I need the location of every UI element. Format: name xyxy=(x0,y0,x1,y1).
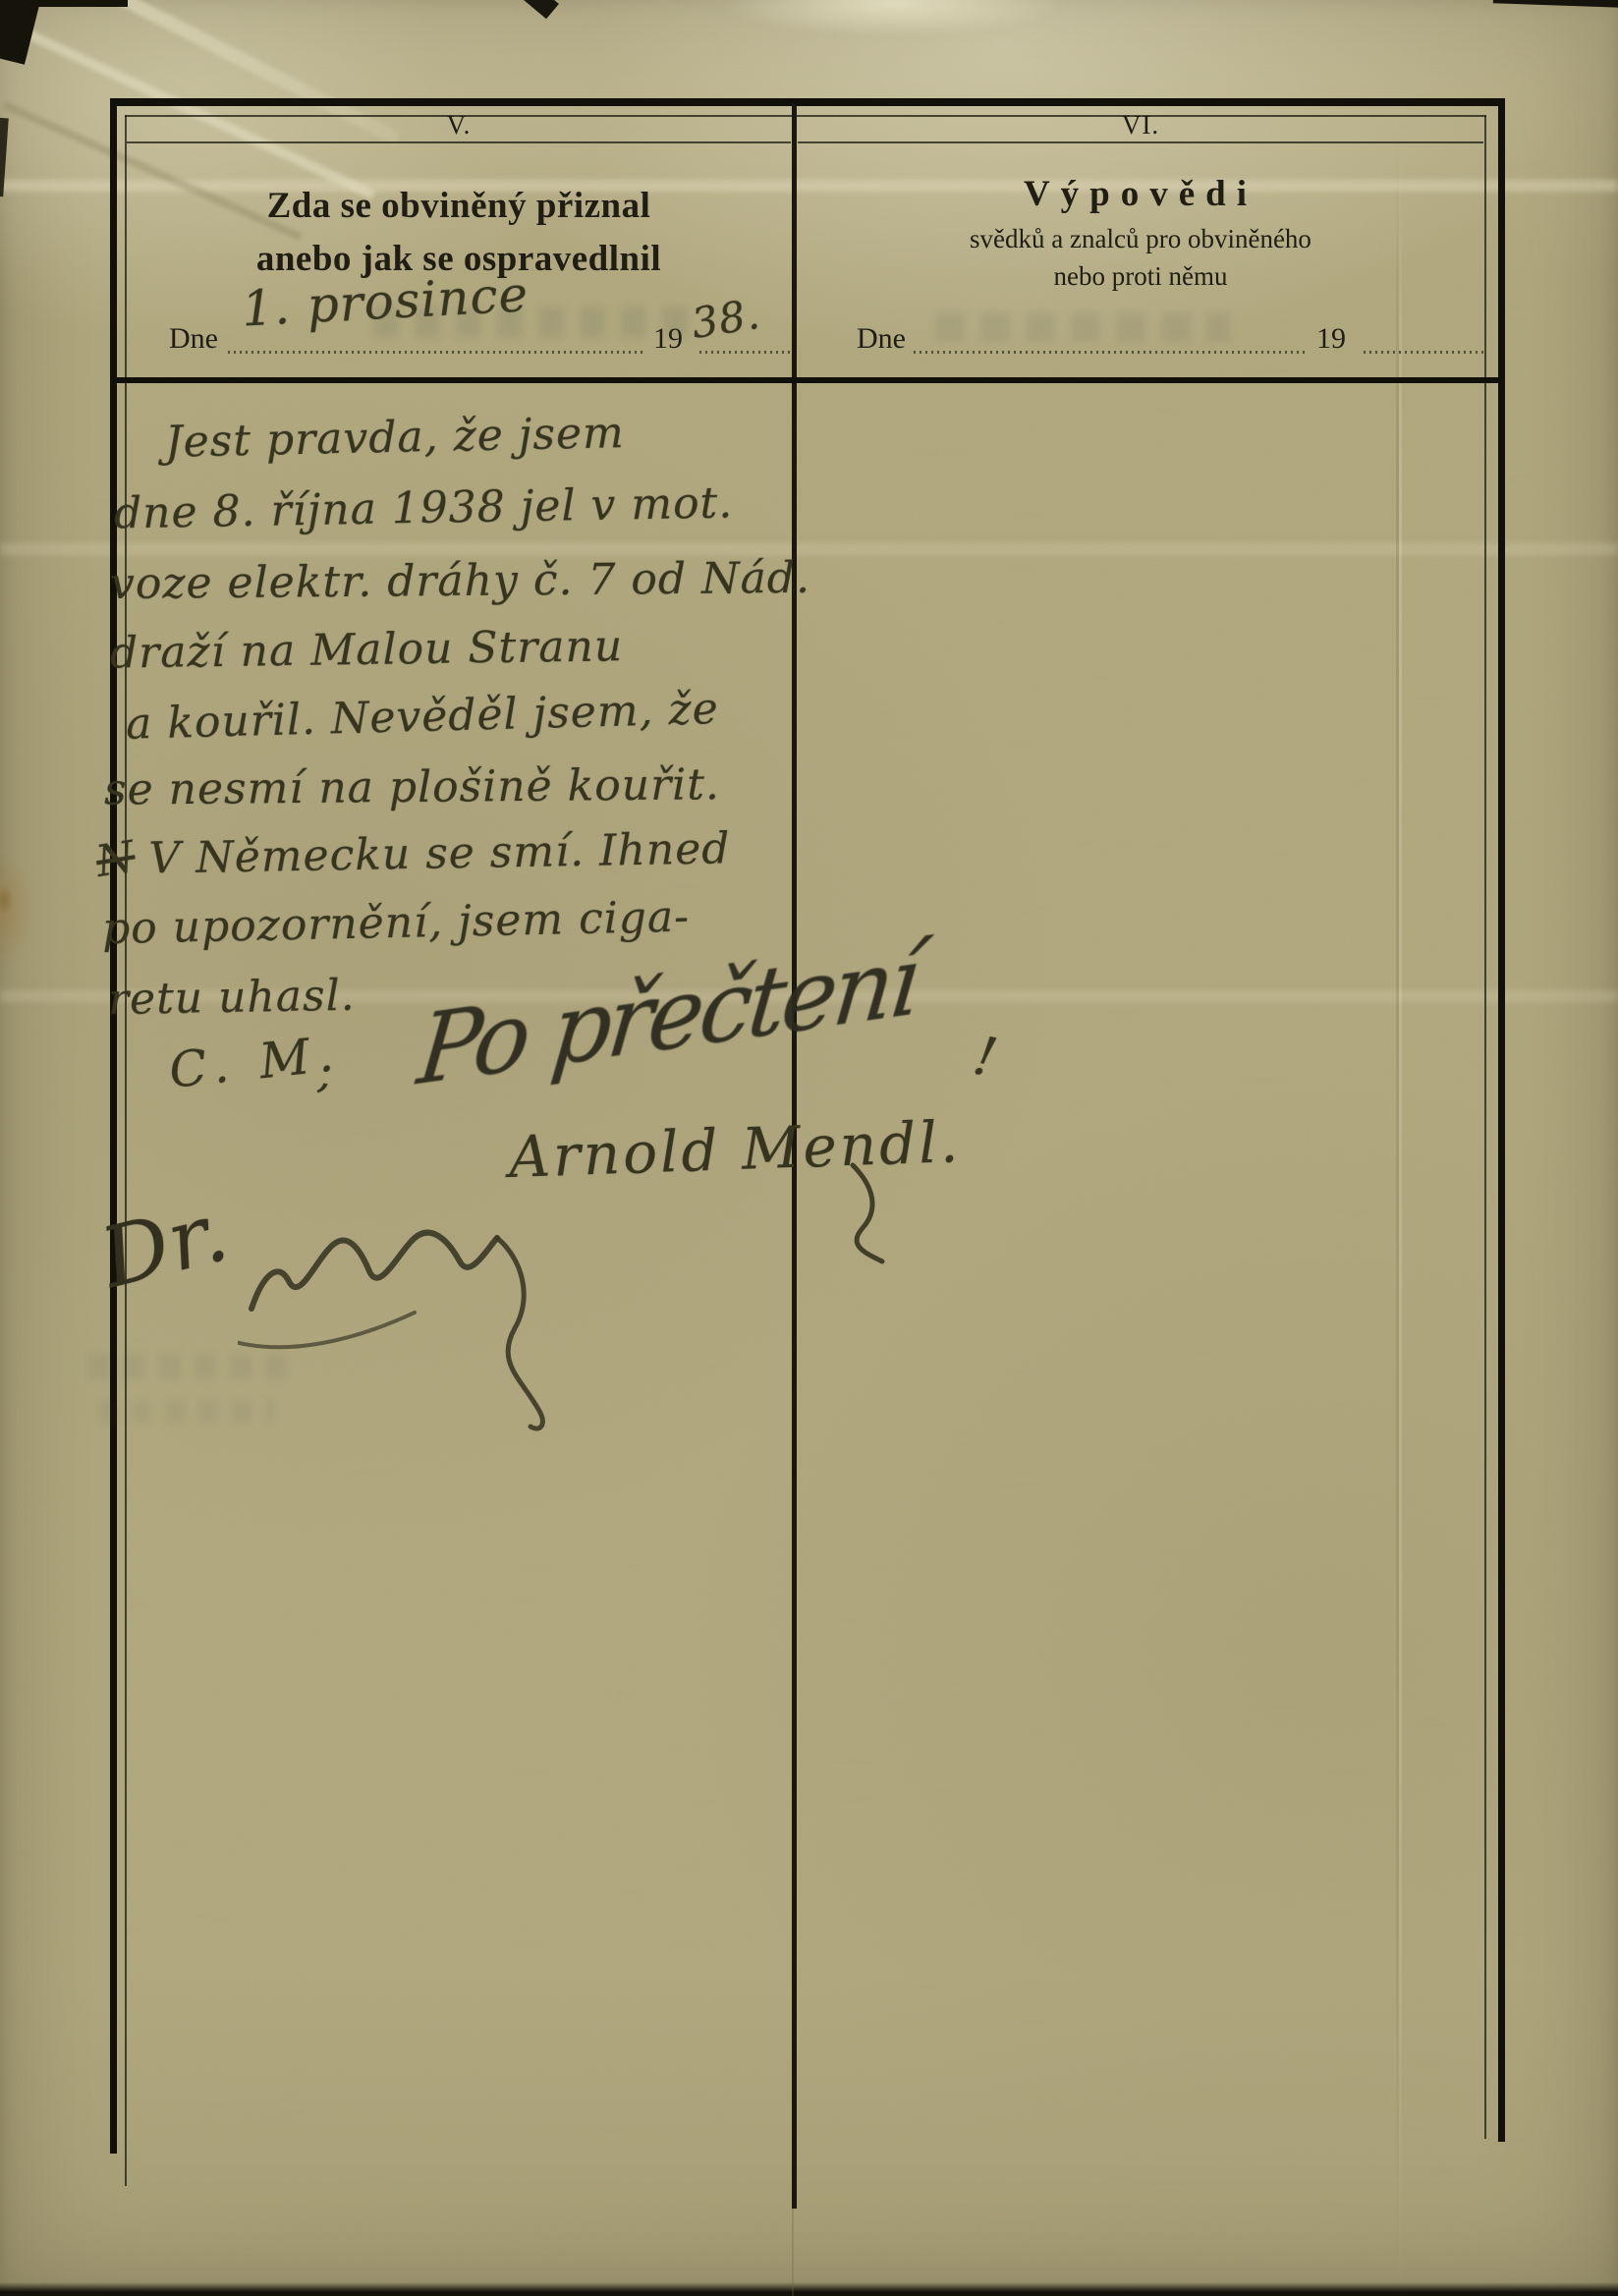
handwriting-line: draží na Malou Stranu xyxy=(110,621,624,678)
frame-right-inner xyxy=(1484,115,1486,2139)
section-vi-title-line1: Výpovědi xyxy=(798,173,1483,215)
section-v-number: V. xyxy=(127,110,791,140)
frame-top-outer xyxy=(110,98,1505,106)
strikeout-letter: N xyxy=(92,832,139,888)
scanned-court-form-page: V. Zda se obviněný přiznal anebo jak se … xyxy=(0,0,1618,2296)
date-label-left: Dne xyxy=(169,322,218,356)
handwriting-line: se nesmí na plošině kouřit. xyxy=(104,759,720,814)
torn-notch xyxy=(524,0,559,19)
vertical-fold-crease xyxy=(1396,147,1399,2296)
handwriting-line: Jest pravda, že jsem xyxy=(165,408,626,468)
closing-phrase-signature: Po přečtení xyxy=(413,924,921,1107)
header-bottom-rule xyxy=(110,377,1505,383)
scan-edge-dark xyxy=(0,0,128,7)
handwriting-line: retu uhasl. xyxy=(108,971,356,1025)
handwriting-line-with-strikeout: NV Německu se smí. Ihned xyxy=(96,823,731,884)
header-rule-right xyxy=(798,141,1483,143)
year-dotted-line-right xyxy=(1364,351,1485,354)
signature-descender-flourish xyxy=(833,1159,902,1267)
scan-edge-dark xyxy=(0,118,9,197)
handwriting-line: voze elektr. dráhy č. 7 od Nád. xyxy=(110,553,810,609)
handwriting-line: dne 8. října 1938 jel v mot. xyxy=(114,478,734,539)
scan-edge-dark xyxy=(1493,0,1618,9)
corner-crease xyxy=(0,17,375,200)
year-prefix-left: 19 xyxy=(653,322,683,356)
year-prefix-right: 19 xyxy=(1316,322,1346,356)
stain xyxy=(0,880,20,920)
header-rule-left xyxy=(127,141,791,143)
section-v-title-line1: Zda se obviněný přiznal xyxy=(127,185,791,227)
section-vi-title-line3: nebo proti němu xyxy=(798,261,1483,292)
handwritten-year: 38. xyxy=(689,290,764,348)
frame-left-inner xyxy=(125,115,127,2186)
frame-left-outer xyxy=(110,98,117,2154)
date-dotted-line-left xyxy=(228,351,644,354)
frame-right-outer xyxy=(1498,98,1505,2142)
closing-phrase-mark: ! xyxy=(969,1024,1003,1089)
handwriting-line: po upozornění, jsem ciga- xyxy=(102,892,691,955)
center-fold-tail xyxy=(792,2209,794,2296)
top-wrinkle-highlight xyxy=(688,0,1100,51)
date-dotted-line-right xyxy=(914,351,1305,354)
stain xyxy=(0,835,51,982)
scan-edge-dark xyxy=(0,0,41,65)
official-signature-flourish xyxy=(238,1175,650,1470)
handwriting-line: a kouřil. Nevěděl jsem, že xyxy=(125,684,719,750)
handwriting-line: V Německu se smí. Ihned xyxy=(148,823,731,883)
section-vi-title-line2: svědků a znalců pro obviněného xyxy=(798,224,1483,254)
vertical-fold-highlight xyxy=(1399,147,1402,2296)
bleed-through-smudge xyxy=(935,312,1230,342)
scan-edge-bottom xyxy=(0,2282,1618,2296)
year-dotted-line-left xyxy=(699,351,790,354)
section-vi-number: VI. xyxy=(798,110,1483,140)
date-label-right: Dne xyxy=(857,322,906,356)
